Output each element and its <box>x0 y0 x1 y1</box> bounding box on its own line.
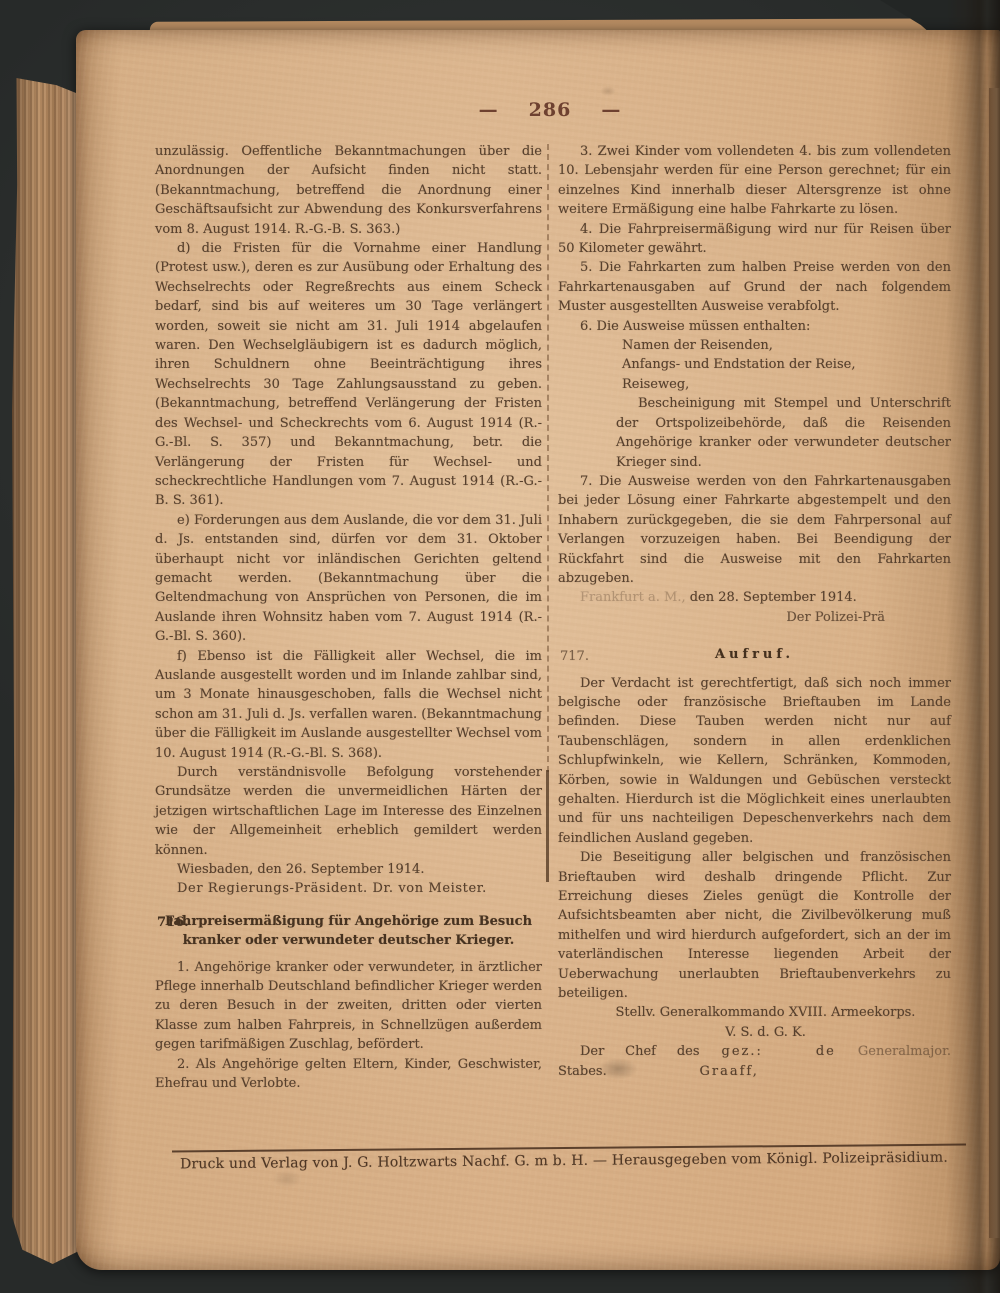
gutter-shadow <box>946 0 1000 1293</box>
signature-line: Der Regierungs-Präsident. Dr. von Meiste… <box>155 879 542 898</box>
column-divider-dashed <box>547 144 549 772</box>
dateline: Wiesbaden, den 26. September 1914. <box>155 860 542 879</box>
book-fore-edge-page-stack <box>12 78 86 1264</box>
chef-role: Der Chef des Stabes. <box>558 1042 700 1081</box>
signature-line: Stellv. Generalkommando XVIII. Armeekorp… <box>558 1003 951 1022</box>
column-divider-solid <box>546 770 549 882</box>
list-item: Anfangs- und Endstation der Reise, <box>558 355 951 374</box>
dateline: Frankfurt a. M., den 28. September 1914. <box>558 588 951 607</box>
paragraph: Die Beseitigung aller belgischen und fra… <box>558 848 951 1003</box>
section-717-number: 717. <box>560 647 589 666</box>
signature-line: V. S. d. G. K. <box>558 1023 951 1042</box>
section-716-number: 716. <box>157 913 189 932</box>
header-dash-left: — <box>479 99 499 121</box>
section-716-title-line2: kranker oder verwundeter deutscher Krieg… <box>155 931 542 950</box>
section-716-heading: 716. Fahrpreisermäßigung für Angehörige … <box>155 912 542 951</box>
page-number: 286 <box>529 99 572 121</box>
paragraph: 7. Die Ausweise werden von den Fahrkarte… <box>558 472 951 588</box>
list-item: Namen der Reisenden, <box>558 336 951 355</box>
paragraph: 6. Die Ausweise müssen enthalten: <box>558 317 951 336</box>
paragraph: 2. Als Angehörige gelten Eltern, Kinder,… <box>155 1055 542 1094</box>
paragraph: f) Ebenso ist die Fälligkeit aller Wechs… <box>155 647 542 763</box>
paragraph: 4. Die Fahrpreisermäßigung wird nur für … <box>558 220 951 259</box>
paragraph: d) die Fristen für die Vornahme einer Ha… <box>155 239 542 511</box>
header-dash-right: — <box>601 99 621 121</box>
list-item: Bescheinigung mit Stempel und Unterschri… <box>558 394 951 472</box>
dateline-faded-part: Frankfurt a. M., <box>580 590 686 605</box>
chef-name: gez.: de Graaff, <box>700 1042 836 1081</box>
paragraph: unzulässig. Oeffentliche Bekanntmachunge… <box>155 142 542 239</box>
scanned-book-photo: — 286 — unzulässig. Oeffentliche Bekannt… <box>0 0 1000 1293</box>
section-716-title-line1: Fahrpreisermäßigung für Angehörige zum B… <box>155 912 542 931</box>
section-717-heading: 717. Aufruf. <box>558 645 951 664</box>
chef-rank: Generalmajor. <box>836 1042 951 1081</box>
paragraph: 1. Angehörige kranker oder verwundeter, … <box>155 958 542 1055</box>
paragraph: Der Verdacht ist gerechtfertigt, daß sic… <box>558 674 951 849</box>
paragraph: 5. Die Fahrkarten zum halben Preise werd… <box>558 258 951 316</box>
paragraph: e) Forderungen aus dem Auslande, die vor… <box>155 511 542 647</box>
paragraph: 3. Zwei Kinder vom vollendeten 4. bis zu… <box>558 142 951 220</box>
right-column: 3. Zwei Kinder vom vollendeten 4. bis zu… <box>558 142 951 1081</box>
list-item: Reiseweg, <box>558 375 951 394</box>
section-717-title: Aufruf. <box>715 647 794 662</box>
signature-line: Der Chef des Stabes. gez.: de Graaff, Ge… <box>558 1042 951 1081</box>
page-header: — 286 — <box>155 99 945 121</box>
paragraph: Durch verständnisvolle Befolgung vorsteh… <box>155 763 542 860</box>
left-column: unzulässig. Oeffentliche Bekanntmachunge… <box>155 142 542 1094</box>
dateline-clear-part: den 28. September 1914. <box>686 590 857 605</box>
signature-line: Der Polizei-Prä <box>558 608 951 627</box>
